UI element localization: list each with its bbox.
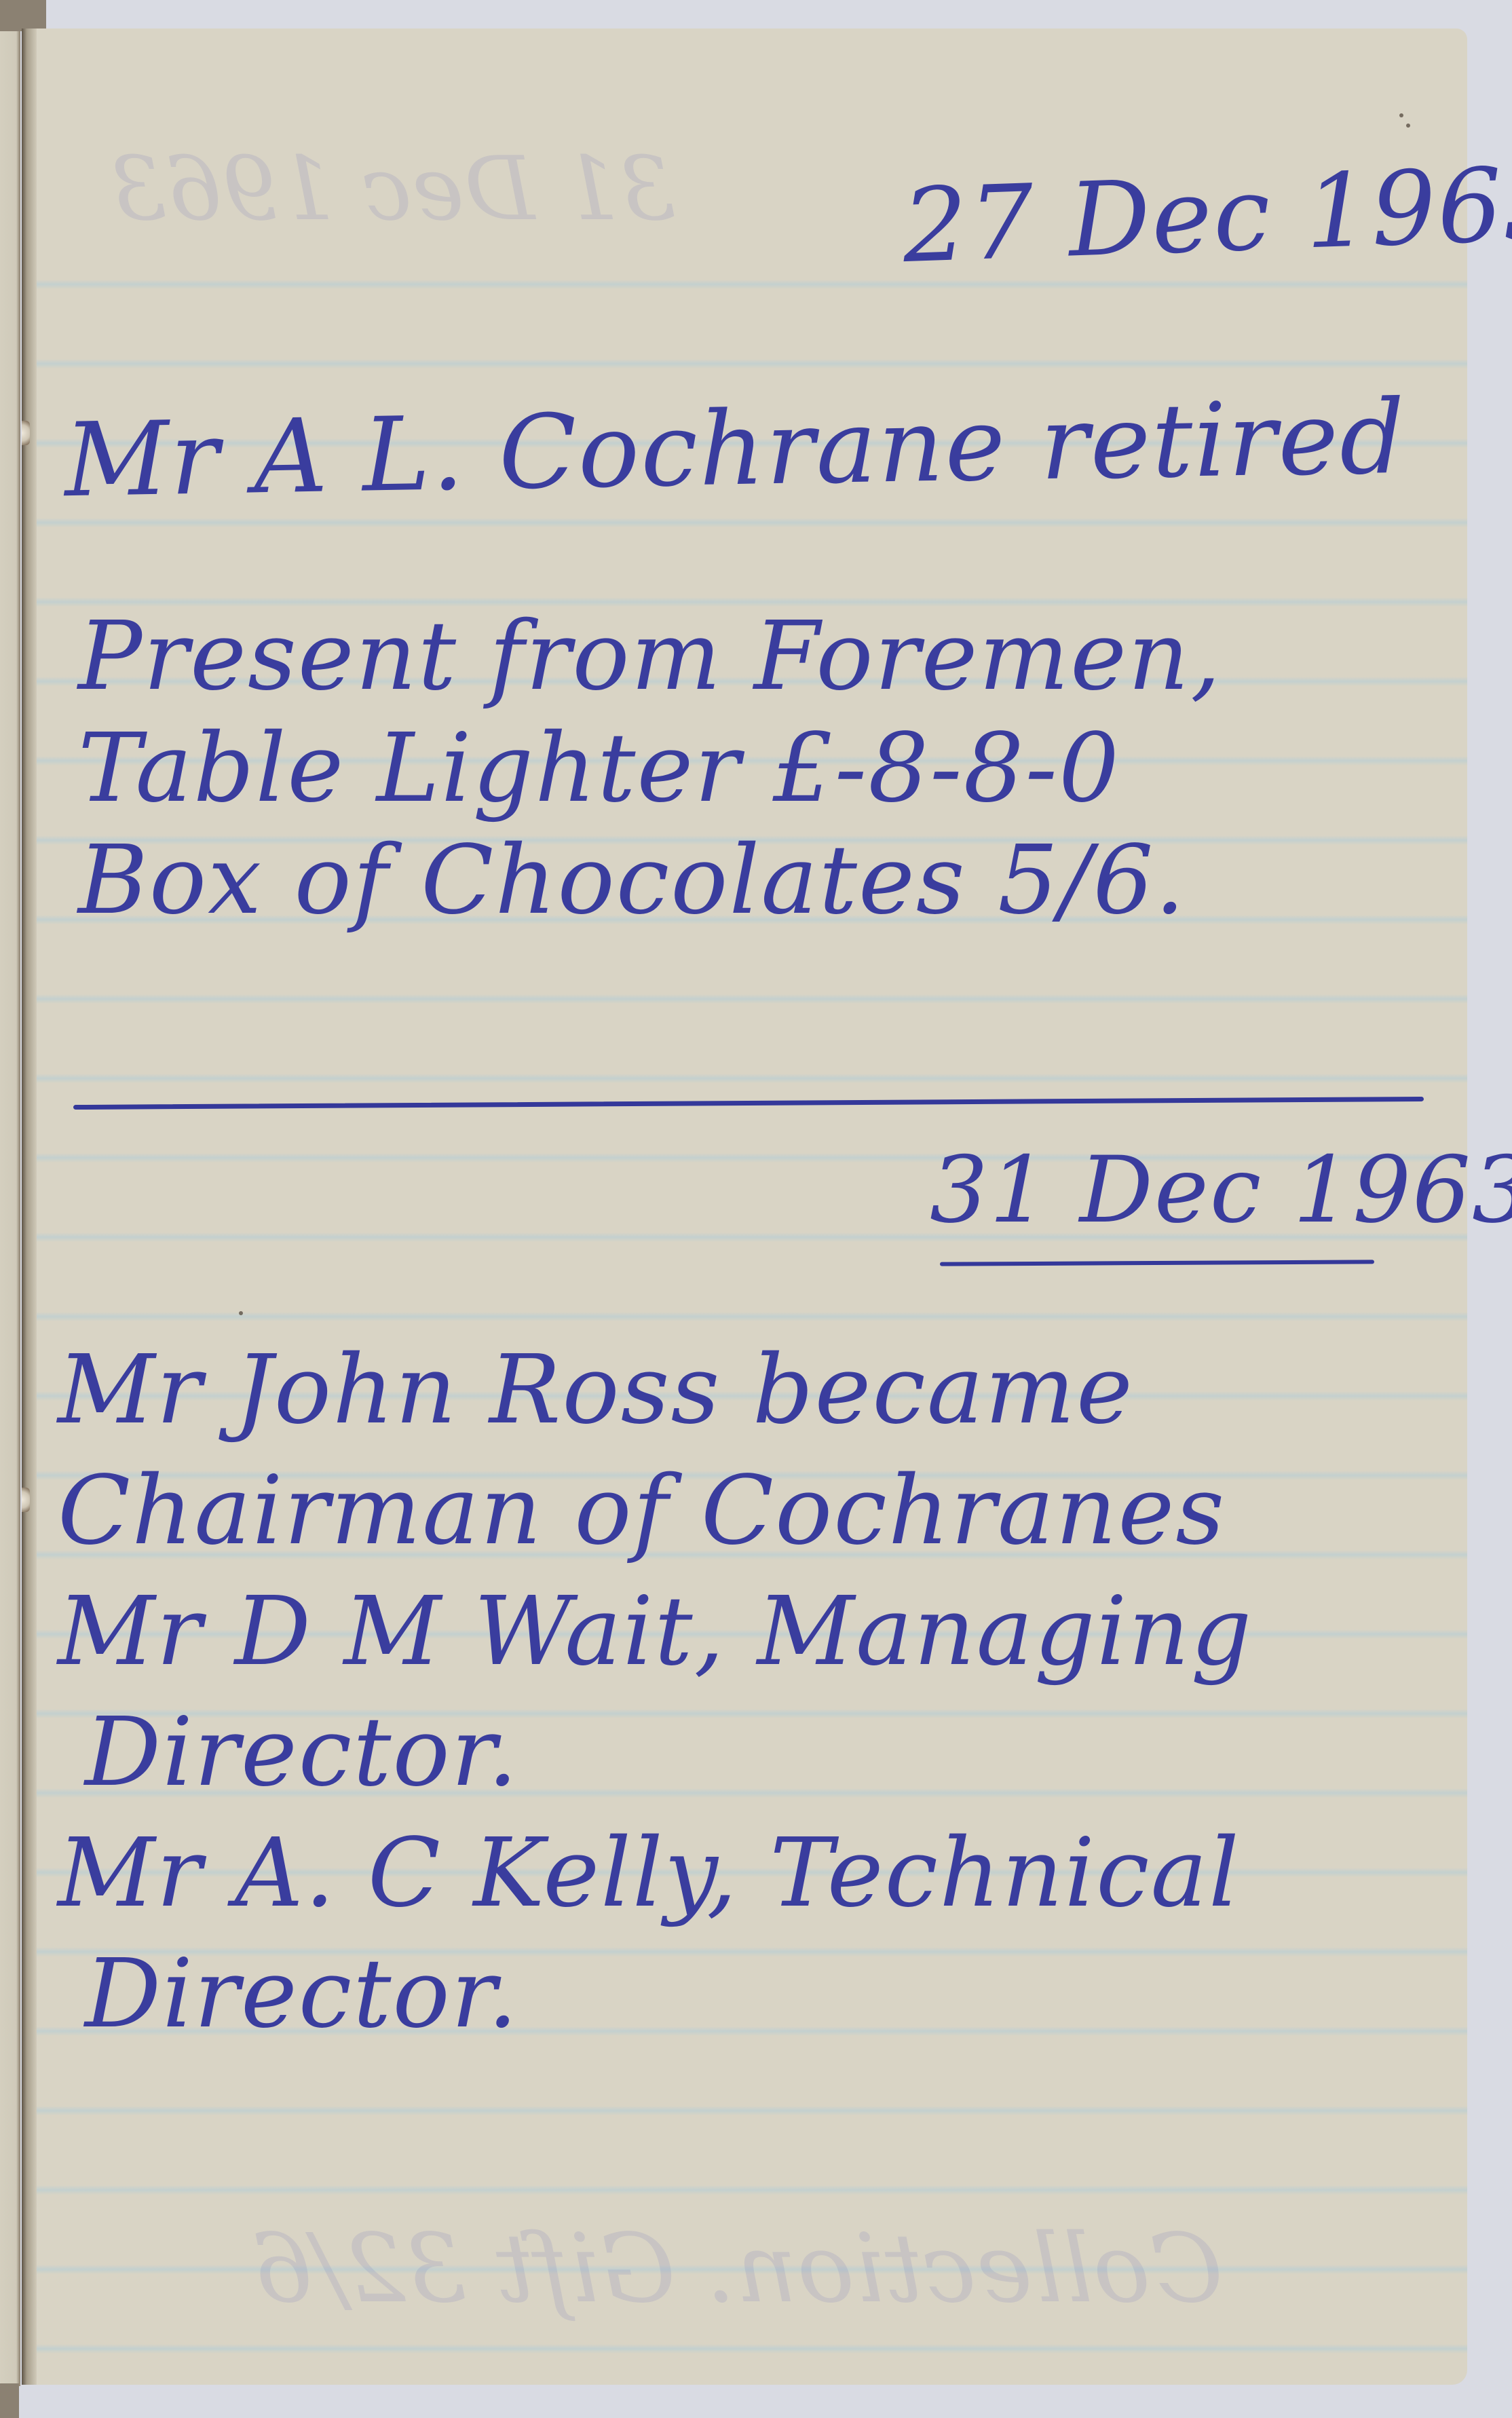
ruled-line [37, 2106, 1467, 2115]
notebook-cover-edge-bottom [0, 2383, 19, 2418]
show-through-text: Collection. Gift 32/6 [252, 2214, 1223, 2324]
entry-line: Chairman of Cochranes [58, 1451, 1253, 1572]
entry-line: Director. [58, 1693, 1253, 1813]
ruled-line [37, 994, 1467, 1004]
entry-body: Present from Foremen, Table Lighter £-8-… [78, 601, 1222, 937]
ruled-line [37, 518, 1467, 527]
ruled-line [37, 359, 1467, 369]
ruled-line [37, 280, 1467, 289]
show-through-text: 31 Dec 1963 [110, 137, 675, 240]
entry-headline: Mr A L. Cochrane retired [64, 379, 1407, 520]
ruled-line [37, 2185, 1467, 2195]
entry-line: Director. [58, 1934, 1253, 2055]
entry-body: Mr John Ross became Chairman of Cochrane… [58, 1330, 1253, 2055]
notebook-cover-edge-top [0, 0, 46, 31]
binding-gutter [22, 29, 37, 2385]
entry-line: Table Lighter £-8-8-0 [78, 713, 1222, 825]
entry-line: Mr D M Wait, Managing [58, 1572, 1253, 1693]
ruled-line [37, 1074, 1467, 1083]
entry-line: Box of Chocolates 5/6. [78, 825, 1222, 937]
entry-line: Mr John Ross became [58, 1330, 1253, 1451]
ruled-line [37, 1312, 1467, 1321]
binding-stitch [22, 1488, 30, 1512]
binding-stitch [22, 421, 30, 445]
entry-line: Present from Foremen, [78, 601, 1222, 713]
entry-line: Mr A. C Kelly, Technical [58, 1813, 1253, 1934]
paper-speck [1399, 113, 1403, 117]
entry-date: 27 Dec 1963 [901, 145, 1512, 286]
facing-page-edge [0, 31, 20, 2386]
entry-date: 31 Dec 1963. [930, 1137, 1512, 1243]
ruled-line [37, 2344, 1467, 2354]
paper-speck [239, 1311, 243, 1315]
paper-speck [1406, 124, 1410, 128]
